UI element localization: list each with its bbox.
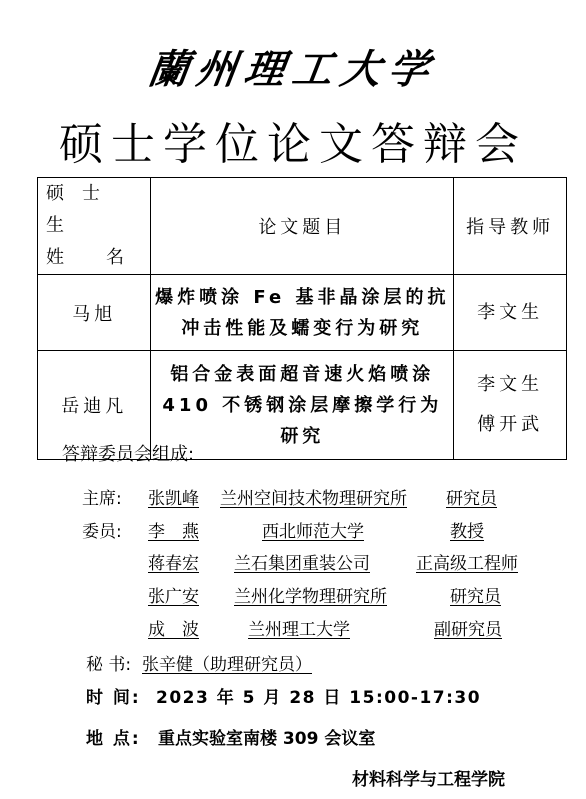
time-value: 2023 年 5 月 28 日 15:00-17:30 xyxy=(156,683,481,708)
committee-heading: 答辩委员会组成: xyxy=(62,440,194,466)
thesis-title: 爆炸喷涂 Fe 基非晶涂层的抗 冲击性能及蠕变行为研究 xyxy=(151,275,454,351)
member-org: 兰州理工大学 xyxy=(248,615,350,640)
member-name: 成 波 xyxy=(148,615,199,640)
secretary-name: 张辛健（助理研究员） xyxy=(142,650,312,675)
member-org: 兰石集团重装公司 xyxy=(234,549,370,574)
university-logo: 蘭州理工大学 xyxy=(0,38,586,95)
table-row: 马旭 爆炸喷涂 Fe 基非晶涂层的抗 冲击性能及蠕变行为研究 李文生 xyxy=(38,275,567,351)
chair-org: 兰州空间技术物理研究所 xyxy=(220,484,407,509)
member-org: 兰州化学物理研究所 xyxy=(234,582,387,607)
member-name: 蒋春宏 xyxy=(148,549,199,574)
place-label: 地 点: xyxy=(86,724,141,749)
table-header-row: 硕士生 姓名 论文题目 指导教师 xyxy=(38,178,567,275)
chair-title: 研究员 xyxy=(446,484,497,509)
school-name: 材料科学与工程学院 xyxy=(352,765,505,790)
student-name: 马旭 xyxy=(38,275,151,351)
header-student-name: 硕士生 姓名 xyxy=(38,178,151,275)
member-name: 张广安 xyxy=(148,582,199,607)
thesis-title: 铝合金表面超音速火焰喷涂 410 不锈钢涂层摩擦学行为 研究 xyxy=(151,351,454,460)
secretary-label: 秘 书: xyxy=(86,650,131,675)
page-title: 硕士学位论文答辩会 xyxy=(0,108,586,172)
member-title: 教授 xyxy=(450,517,484,542)
time-label: 时 间: xyxy=(86,683,141,708)
members-label: 委员: xyxy=(82,517,122,542)
chair-label: 主席: xyxy=(82,484,122,509)
member-name: 李 燕 xyxy=(148,517,199,542)
place-value: 重点实验室南楼 309 会议室 xyxy=(158,724,375,749)
member-org: 西北师范大学 xyxy=(262,517,364,542)
header-advisor: 指导教师 xyxy=(454,178,567,275)
header-thesis-title: 论文题目 xyxy=(151,178,454,275)
advisor: 李文生 xyxy=(454,275,567,351)
member-title: 研究员 xyxy=(450,582,501,607)
member-title: 副研究员 xyxy=(434,615,502,640)
defense-table: 硕士生 姓名 论文题目 指导教师 马旭 爆炸喷涂 Fe 基非晶涂层的抗 冲击性能… xyxy=(37,177,567,460)
advisor: 李文生 傅开武 xyxy=(454,351,567,460)
chair-name: 张凯峰 xyxy=(148,484,199,509)
member-title: 正高级工程师 xyxy=(416,549,518,574)
